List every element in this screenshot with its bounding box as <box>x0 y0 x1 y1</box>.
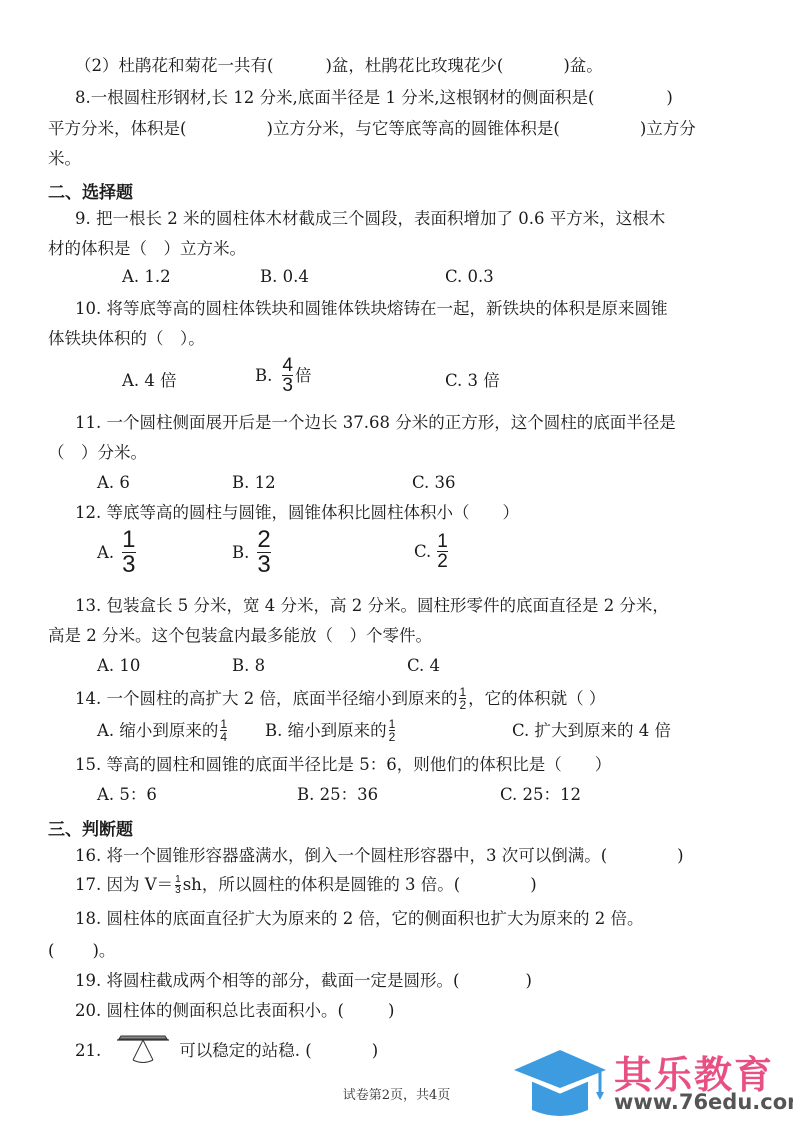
fraction: 1 3 <box>175 875 181 896</box>
q17-close: ) <box>530 874 536 896</box>
numerator: 1 <box>122 528 135 552</box>
q17-text: 17. 因为 V＝ <box>75 874 173 896</box>
q12-option-a[interactable]: A. 1 3 <box>97 528 138 577</box>
q11-option-b[interactable]: B. 12 <box>232 472 276 494</box>
q19-close: ) <box>525 971 531 990</box>
q8-text: )立方分 <box>640 119 696 138</box>
question-9-line-2: 材的体积是（ ）立方米。 <box>48 238 246 260</box>
q14-option-a[interactable]: A. 缩小到原来的 1 4 <box>97 718 229 743</box>
fraction: 1 2 <box>459 686 466 711</box>
q18-open: ( <box>48 941 54 960</box>
question-11-line-2: （ ）分米。 <box>48 442 147 464</box>
q7-text-c: )盆。 <box>563 56 602 75</box>
numerator: 4 <box>282 356 293 375</box>
denominator: 3 <box>257 553 270 577</box>
question-9-line-1: 9. 把一根长 2 米的圆柱体木材截成三个圆段，表面积增加了 0.6 平方米，这… <box>75 208 665 230</box>
q9-option-c[interactable]: C. 0.3 <box>445 266 494 288</box>
section-title-true-false: 三、判断题 <box>48 815 133 840</box>
q19-text: 19. 将圆柱截成两个相等的部分，截面一定是圆形。( <box>75 971 459 990</box>
denominator: 4 <box>220 731 227 743</box>
q11-option-c[interactable]: C. 36 <box>412 472 456 494</box>
q16-close: ) <box>677 846 683 865</box>
question-19: 19. 将圆柱截成两个相等的部分，截面一定是圆形。() <box>75 970 532 992</box>
watermark-url: www.76edu.com <box>614 1090 793 1114</box>
graduation-cap-icon <box>510 1040 610 1120</box>
q18-close: )。 <box>92 941 115 960</box>
question-20: 20. 圆柱体的侧面积总比表面积小。() <box>75 1000 394 1022</box>
section-title-multiple-choice: 二、选择题 <box>48 178 133 203</box>
q12-option-b[interactable]: B. 2 3 <box>232 528 273 577</box>
q12-option-c[interactable]: C. 1 2 <box>414 532 450 571</box>
q20-text: 20. 圆柱体的侧面积总比表面积小。( <box>75 1001 344 1020</box>
denominator: 3 <box>282 376 293 395</box>
numerator: 2 <box>257 528 270 552</box>
fraction: 1 2 <box>389 718 396 743</box>
option-label: B. <box>255 365 272 387</box>
option-label: A. <box>97 542 114 564</box>
denominator: 3 <box>122 553 135 577</box>
denominator: 2 <box>437 552 448 571</box>
question-16: 16. 将一个圆锥形容器盛满水，倒入一个圆柱形容器中，3 次可以倒满。() <box>75 845 684 867</box>
question-8-line-2: 平方分米，体积是()立方分米，与它等底等高的圆锥体积是()立方分 <box>48 118 696 140</box>
q10-option-a[interactable]: A. 4 倍 <box>122 370 177 392</box>
denominator: 3 <box>175 886 181 896</box>
numerator: 1 <box>175 875 181 885</box>
q13-option-c[interactable]: C. 4 <box>407 655 440 677</box>
q15-option-a[interactable]: A. 5：6 <box>97 784 157 806</box>
question-17: 17. 因为 V＝ 1 3 sh，所以圆柱的体积是圆锥的 3 倍。() <box>75 874 537 896</box>
q11-option-a[interactable]: A. 6 <box>97 472 130 494</box>
q8-text: 平方分米，体积是( <box>48 119 186 138</box>
option-label: C. <box>414 541 431 563</box>
numerator: 1 <box>220 718 227 730</box>
q7-text-a: （2）杜鹃花和菊花一共有( <box>75 56 273 75</box>
q9-option-a[interactable]: A. 1.2 <box>122 266 171 288</box>
question-11-line-1: 11. 一个圆柱侧面展开后是一个边长 37.68 分米的正方形，这个圆柱的底面半… <box>75 412 676 434</box>
question-18-line-1: 18. 圆柱体的底面直径扩大为原来的 2 倍，它的侧面积也扩大为原来的 2 倍。 <box>75 908 643 930</box>
q15-option-b[interactable]: B. 25：36 <box>297 784 378 806</box>
question-8-line-3: 米。 <box>48 148 81 170</box>
q20-close: ) <box>388 1001 394 1020</box>
denominator: 2 <box>459 699 466 711</box>
q21-close: ) <box>372 1040 378 1062</box>
q8-text: )立方分米，与它等底等高的圆锥体积是( <box>266 119 559 138</box>
q10-option-b[interactable]: B. 4 3 倍 <box>255 356 311 395</box>
q14-option-b[interactable]: B. 缩小到原来的 1 2 <box>265 718 397 743</box>
fraction: 1 4 <box>220 718 227 743</box>
question-10-line-1: 10. 将等底等高的圆柱体铁块和圆锥体铁块熔铸在一起，新铁块的体积是原来圆锥 <box>75 298 668 320</box>
question-21: 21. 可以稳定的站稳. () <box>75 1036 378 1066</box>
q8-close: ) <box>666 88 672 107</box>
q13-option-b[interactable]: B. 8 <box>232 655 265 677</box>
q14-text: 14. 一个圆柱的高扩大 2 倍，底面半径缩小到原来的 <box>75 688 457 710</box>
q8-text: 8.一根圆柱形钢材,长 12 分米,底面半径是 1 分米,这根钢材的侧面积是( <box>75 88 594 107</box>
fraction: 1 2 <box>437 532 448 571</box>
q7-text-b: )盆，杜鹃花比玫瑰花少( <box>325 56 503 75</box>
fraction: 2 3 <box>257 528 270 577</box>
question-12-line-1: 12. 等底等高的圆柱与圆锥，圆锥体积比圆柱体积小（ ） <box>75 502 519 524</box>
question-15-line-1: 15. 等高的圆柱和圆锥的底面半径比是 5：6，则他们的体积比是（ ） <box>75 754 611 776</box>
numerator: 1 <box>437 532 448 551</box>
option-suffix: 倍 <box>295 365 312 387</box>
question-13-line-1: 13. 包装盒长 5 分米，宽 4 分米，高 2 分米。圆柱形零件的底面直径是 … <box>75 595 669 617</box>
numerator: 1 <box>459 686 466 698</box>
q21-number: 21. <box>75 1040 101 1062</box>
watermark-logo: 其乐教育 www.76edu.com <box>510 1040 793 1122</box>
option-text: B. 缩小到原来的 <box>265 720 387 742</box>
denominator: 2 <box>389 731 396 743</box>
q21-text: 可以稳定的站稳. ( <box>179 1040 311 1062</box>
q10-option-c[interactable]: C. 3 倍 <box>445 370 500 392</box>
numerator: 1 <box>389 718 396 730</box>
question-14-line-1: 14. 一个圆柱的高扩大 2 倍，底面半径缩小到原来的 1 2 ，它的体积就（ … <box>75 686 605 711</box>
q14-option-c[interactable]: C. 扩大到原来的 4 倍 <box>512 720 671 742</box>
q9-option-b[interactable]: B. 0.4 <box>260 266 309 288</box>
q13-option-a[interactable]: A. 10 <box>97 655 140 677</box>
q17-text: sh，所以圆柱的体积是圆锥的 3 倍。( <box>183 874 461 896</box>
question-7-part-2: （2）杜鹃花和菊花一共有()盆，杜鹃花比玫瑰花少()盆。 <box>75 55 603 77</box>
fraction: 1 3 <box>122 528 135 577</box>
cone-table-figure-icon <box>115 1030 171 1066</box>
q14-text: ，它的体积就（ ） <box>468 688 605 710</box>
question-18-line-2: ()。 <box>48 940 115 962</box>
question-8-line-1: 8.一根圆柱形钢材,长 12 分米,底面半径是 1 分米,这根钢材的侧面积是() <box>75 87 673 109</box>
q16-text: 16. 将一个圆锥形容器盛满水，倒入一个圆柱形容器中，3 次可以倒满。( <box>75 846 607 865</box>
question-13-line-2: 高是 2 分米。这个包装盒内最多能放（ ）个零件。 <box>48 625 432 647</box>
fraction: 4 3 <box>282 356 293 395</box>
q15-option-c[interactable]: C. 25：12 <box>500 784 581 806</box>
question-10-line-2: 体铁块体积的（ ）。 <box>48 328 205 350</box>
option-text: A. 缩小到原来的 <box>97 720 218 742</box>
option-label: B. <box>232 542 249 564</box>
